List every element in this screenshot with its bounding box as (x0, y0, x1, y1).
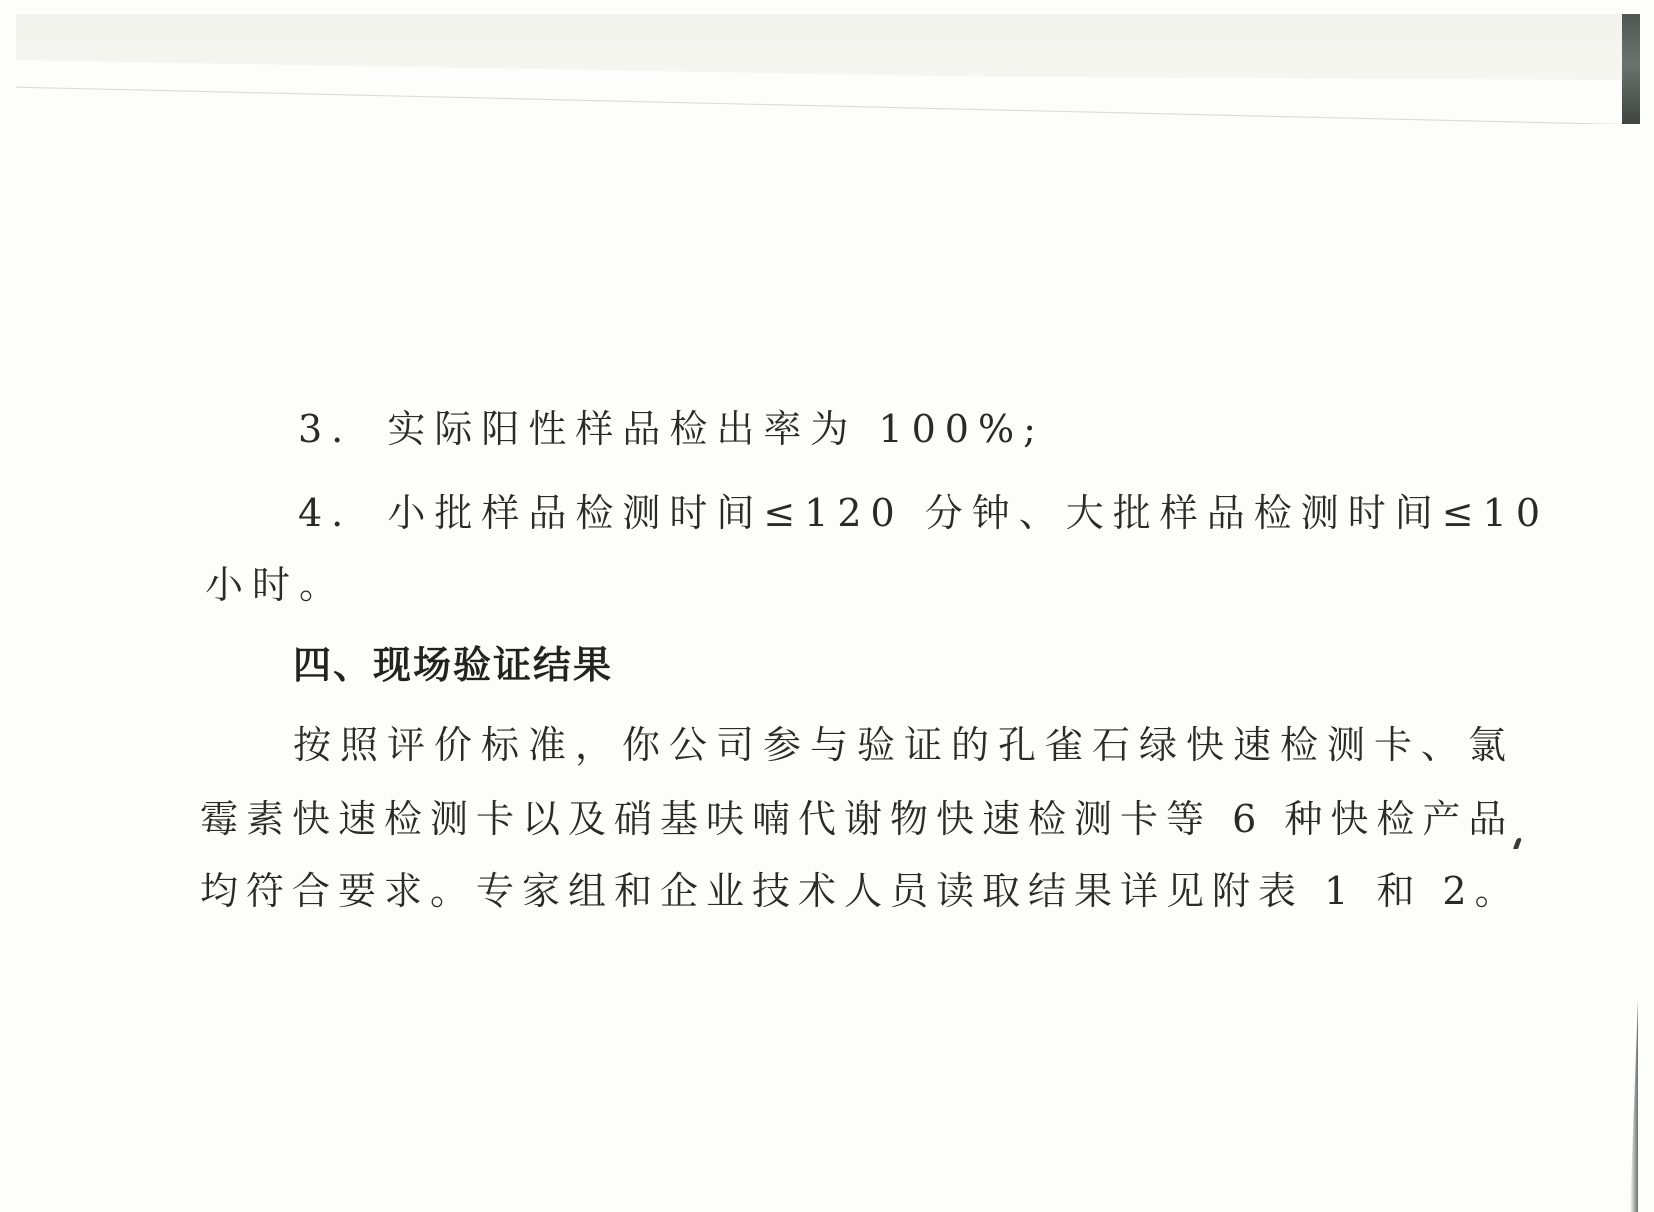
list-item-4-continuation: 小时。 (205, 566, 346, 604)
ink-mark (1513, 838, 1522, 849)
paragraph-line: 均符合要求。专家组和企业技术人员读取结果详见附表 1 和 2。 (200, 872, 1521, 910)
list-item-number: 3. (298, 407, 352, 451)
section-heading: 四、现场验证结果 (293, 646, 613, 684)
document-page: 3. 实际阳性样品检出率为 100%; 4. 小批样品检测时间≤120 分钟、大… (0, 0, 1654, 1212)
list-item-4: 4. 小批样品检测时间≤120 分钟、大批样品检测时间≤10 (298, 494, 1549, 532)
paragraph-line: 霉素快速检测卡以及硝基呋喃代谢物快速检测卡等 6 种快检产品 (200, 800, 1514, 838)
list-item-number: 4. (298, 491, 352, 535)
list-item-text: 小批样品检测时间≤120 分钟、大批样品检测时间≤10 (387, 491, 1549, 535)
list-item-text: 实际阳性样品检出率为 100%; (387, 407, 1045, 451)
list-item-3: 3. 实际阳性样品检出率为 100%; (298, 410, 1045, 448)
paragraph-line: 按照评价标准，你公司参与验证的孔雀石绿快速检测卡、氯 (293, 726, 1515, 764)
